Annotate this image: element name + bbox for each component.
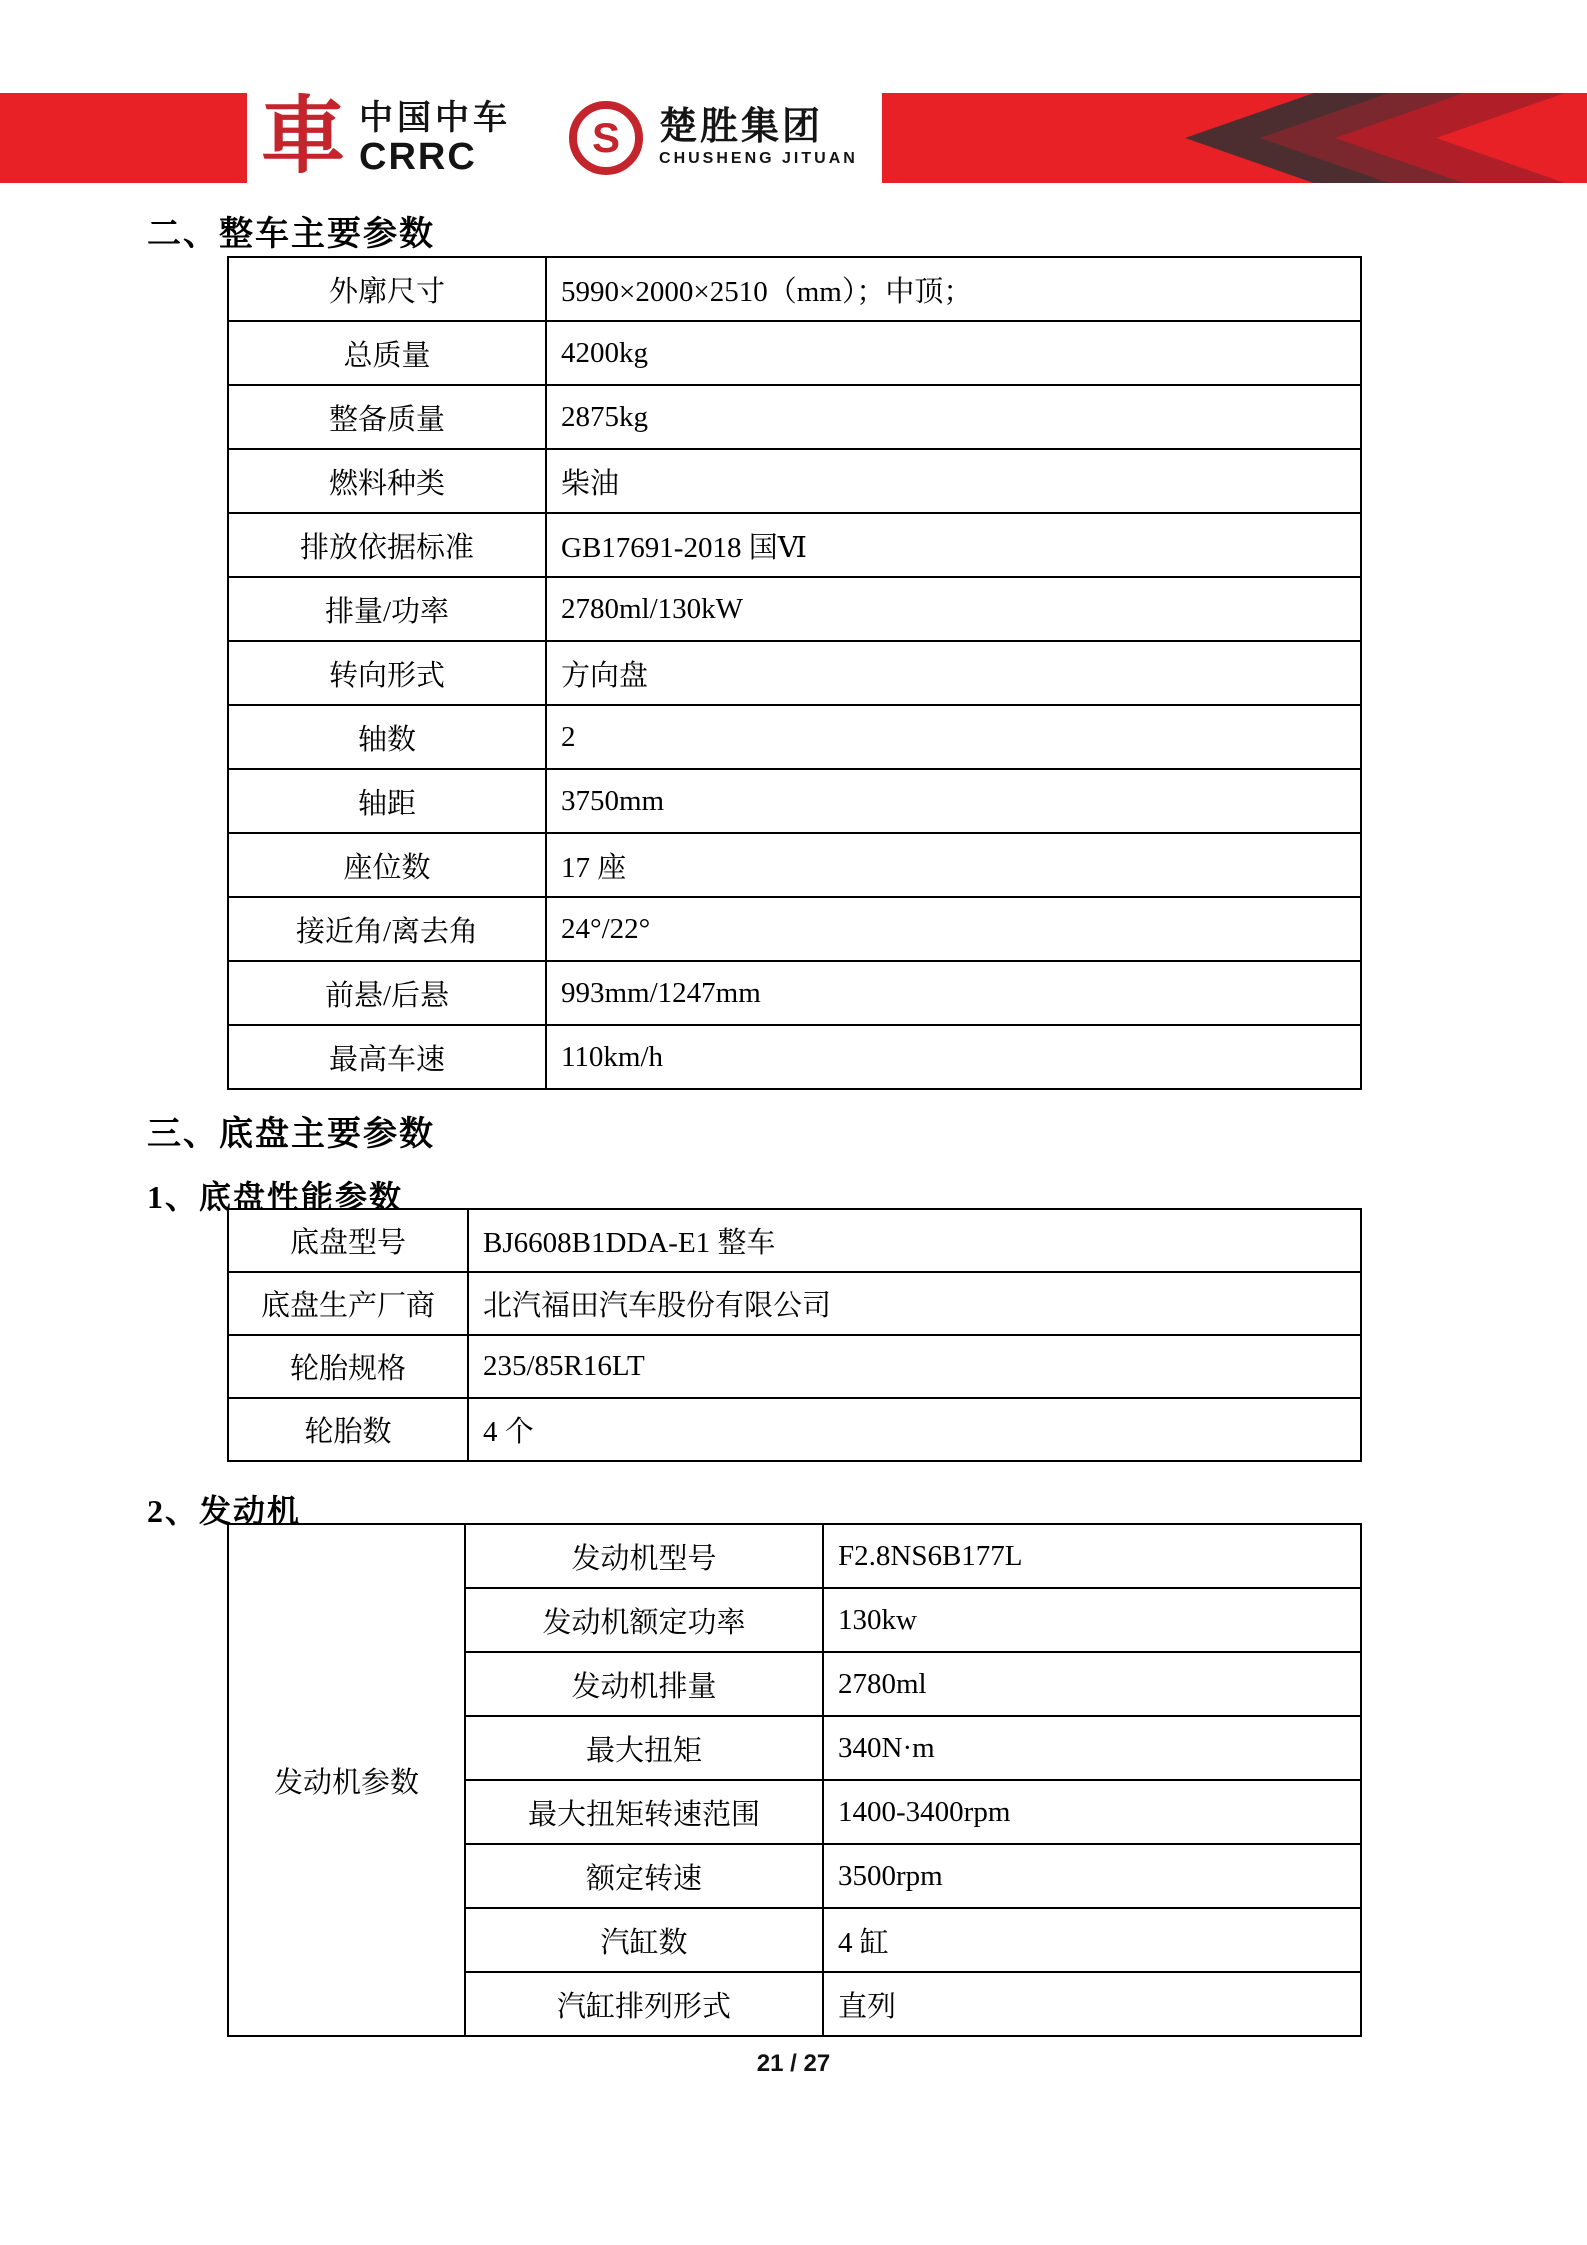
row-label: 燃料种类 [228, 449, 546, 513]
row-value: GB17691-2018 国Ⅵ [546, 513, 1361, 577]
table-row: 排量/功率 2780ml/130kW [228, 577, 1361, 641]
row-label: 汽缸排列形式 [465, 1972, 823, 2036]
row-label: 排放依据标准 [228, 513, 546, 577]
row-value: 4 缸 [823, 1908, 1361, 1972]
row-label: 前悬/后悬 [228, 961, 546, 1025]
table-row: 外廓尺寸 5990×2000×2510（mm）；中顶； [228, 257, 1361, 321]
section-heading-chassis: 三、底盘主要参数 [147, 1106, 435, 1155]
row-value: 235/85R16LT [468, 1335, 1361, 1398]
row-value: 4 个 [468, 1398, 1361, 1461]
row-value: 110km/h [546, 1025, 1361, 1089]
row-label: 轮胎数 [228, 1398, 468, 1461]
table-row: 最高车速 110km/h [228, 1025, 1361, 1089]
row-value: 130kw [823, 1588, 1361, 1652]
row-value: 4200kg [546, 321, 1361, 385]
page-number: 21 / 27 [0, 2050, 1587, 2078]
row-label: 汽缸数 [465, 1908, 823, 1972]
header-band: 車 中国中车 CRRC S 楚胜集团 CHUSHENG JITUAN [0, 93, 1587, 183]
row-value: 993mm/1247mm [546, 961, 1361, 1025]
row-value: 5990×2000×2510（mm）；中顶； [546, 257, 1361, 321]
row-label: 底盘型号 [228, 1209, 468, 1272]
row-label: 轴距 [228, 769, 546, 833]
row-value: 2875kg [546, 385, 1361, 449]
row-label: 额定转速 [465, 1844, 823, 1908]
row-label: 轮胎规格 [228, 1335, 468, 1398]
section-heading-vehicle: 二、整车主要参数 [147, 206, 435, 255]
row-label: 转向形式 [228, 641, 546, 705]
table-row: 轴数 2 [228, 705, 1361, 769]
merged-group-label: 发动机参数 [228, 1524, 465, 2036]
row-value: 方向盘 [546, 641, 1361, 705]
row-value: BJ6608B1DDA-E1 整车 [468, 1209, 1361, 1272]
row-value: 北汽福田汽车股份有限公司 [468, 1272, 1361, 1335]
row-value: 2780ml/130kW [546, 577, 1361, 641]
row-value: 直列 [823, 1972, 1361, 2036]
logo-panel: 車 中国中车 CRRC S 楚胜集团 CHUSHENG JITUAN [247, 93, 882, 183]
row-label: 接近角/离去角 [228, 897, 546, 961]
chusheng-emblem-letter: S [592, 117, 620, 159]
chevron-decoration [1130, 93, 1587, 183]
row-value: F2.8NS6B177L [823, 1524, 1361, 1588]
crrc-wordmark: 中国中车 CRRC [359, 100, 511, 176]
crrc-emblem-icon: 車 [261, 96, 345, 180]
row-label: 最大扭矩转速范围 [465, 1780, 823, 1844]
row-value: 340N·m [823, 1716, 1361, 1780]
chusheng-name-cn: 楚胜集团 [659, 106, 858, 148]
table-row: 接近角/离去角 24°/22° [228, 897, 1361, 961]
row-value: 24°/22° [546, 897, 1361, 961]
row-label: 发动机排量 [465, 1652, 823, 1716]
document-page: 車 中国中车 CRRC S 楚胜集团 CHUSHENG JITUAN 二、整车主… [0, 0, 1587, 2245]
table-row: 底盘型号 BJ6608B1DDA-E1 整车 [228, 1209, 1361, 1272]
row-value: 3750mm [546, 769, 1361, 833]
row-value: 17 座 [546, 833, 1361, 897]
row-label: 最高车速 [228, 1025, 546, 1089]
table-row: 前悬/后悬 993mm/1247mm [228, 961, 1361, 1025]
row-label: 底盘生产厂商 [228, 1272, 468, 1335]
engine-parameters-table: 发动机参数 发动机型号 F2.8NS6B177L 发动机额定功率 130kw 发… [227, 1523, 1362, 2037]
table-row: 轮胎数 4 个 [228, 1398, 1361, 1461]
crrc-name-cn: 中国中车 [359, 100, 511, 138]
table-row: 总质量 4200kg [228, 321, 1361, 385]
chassis-performance-table: 底盘型号 BJ6608B1DDA-E1 整车 底盘生产厂商 北汽福田汽车股份有限… [227, 1208, 1362, 1462]
table-row: 转向形式 方向盘 [228, 641, 1361, 705]
row-value: 2780ml [823, 1652, 1361, 1716]
row-label: 整备质量 [228, 385, 546, 449]
row-value: 3500rpm [823, 1844, 1361, 1908]
vehicle-parameters-table: 外廓尺寸 5990×2000×2510（mm）；中顶； 总质量 4200kg 整… [227, 256, 1362, 1090]
row-label: 座位数 [228, 833, 546, 897]
table-row: 燃料种类 柴油 [228, 449, 1361, 513]
table-row: 座位数 17 座 [228, 833, 1361, 897]
table-row: 轴距 3750mm [228, 769, 1361, 833]
row-value: 2 [546, 705, 1361, 769]
row-label: 轴数 [228, 705, 546, 769]
row-value: 柴油 [546, 449, 1361, 513]
chusheng-emblem-icon: S [569, 101, 643, 175]
table-row: 底盘生产厂商 北汽福田汽车股份有限公司 [228, 1272, 1361, 1335]
table-row: 整备质量 2875kg [228, 385, 1361, 449]
row-value: 1400-3400rpm [823, 1780, 1361, 1844]
table-row: 排放依据标准 GB17691-2018 国Ⅵ [228, 513, 1361, 577]
table-row: 发动机参数 发动机型号 F2.8NS6B177L [228, 1524, 1361, 1588]
row-label: 外廓尺寸 [228, 257, 546, 321]
row-label: 总质量 [228, 321, 546, 385]
row-label: 发动机型号 [465, 1524, 823, 1588]
table-row: 轮胎规格 235/85R16LT [228, 1335, 1361, 1398]
row-label: 最大扭矩 [465, 1716, 823, 1780]
crrc-name-en: CRRC [359, 138, 511, 176]
chusheng-name-en: CHUSHENG JITUAN [659, 148, 858, 170]
row-label: 发动机额定功率 [465, 1588, 823, 1652]
row-label: 排量/功率 [228, 577, 546, 641]
chusheng-wordmark: 楚胜集团 CHUSHENG JITUAN [659, 106, 858, 170]
